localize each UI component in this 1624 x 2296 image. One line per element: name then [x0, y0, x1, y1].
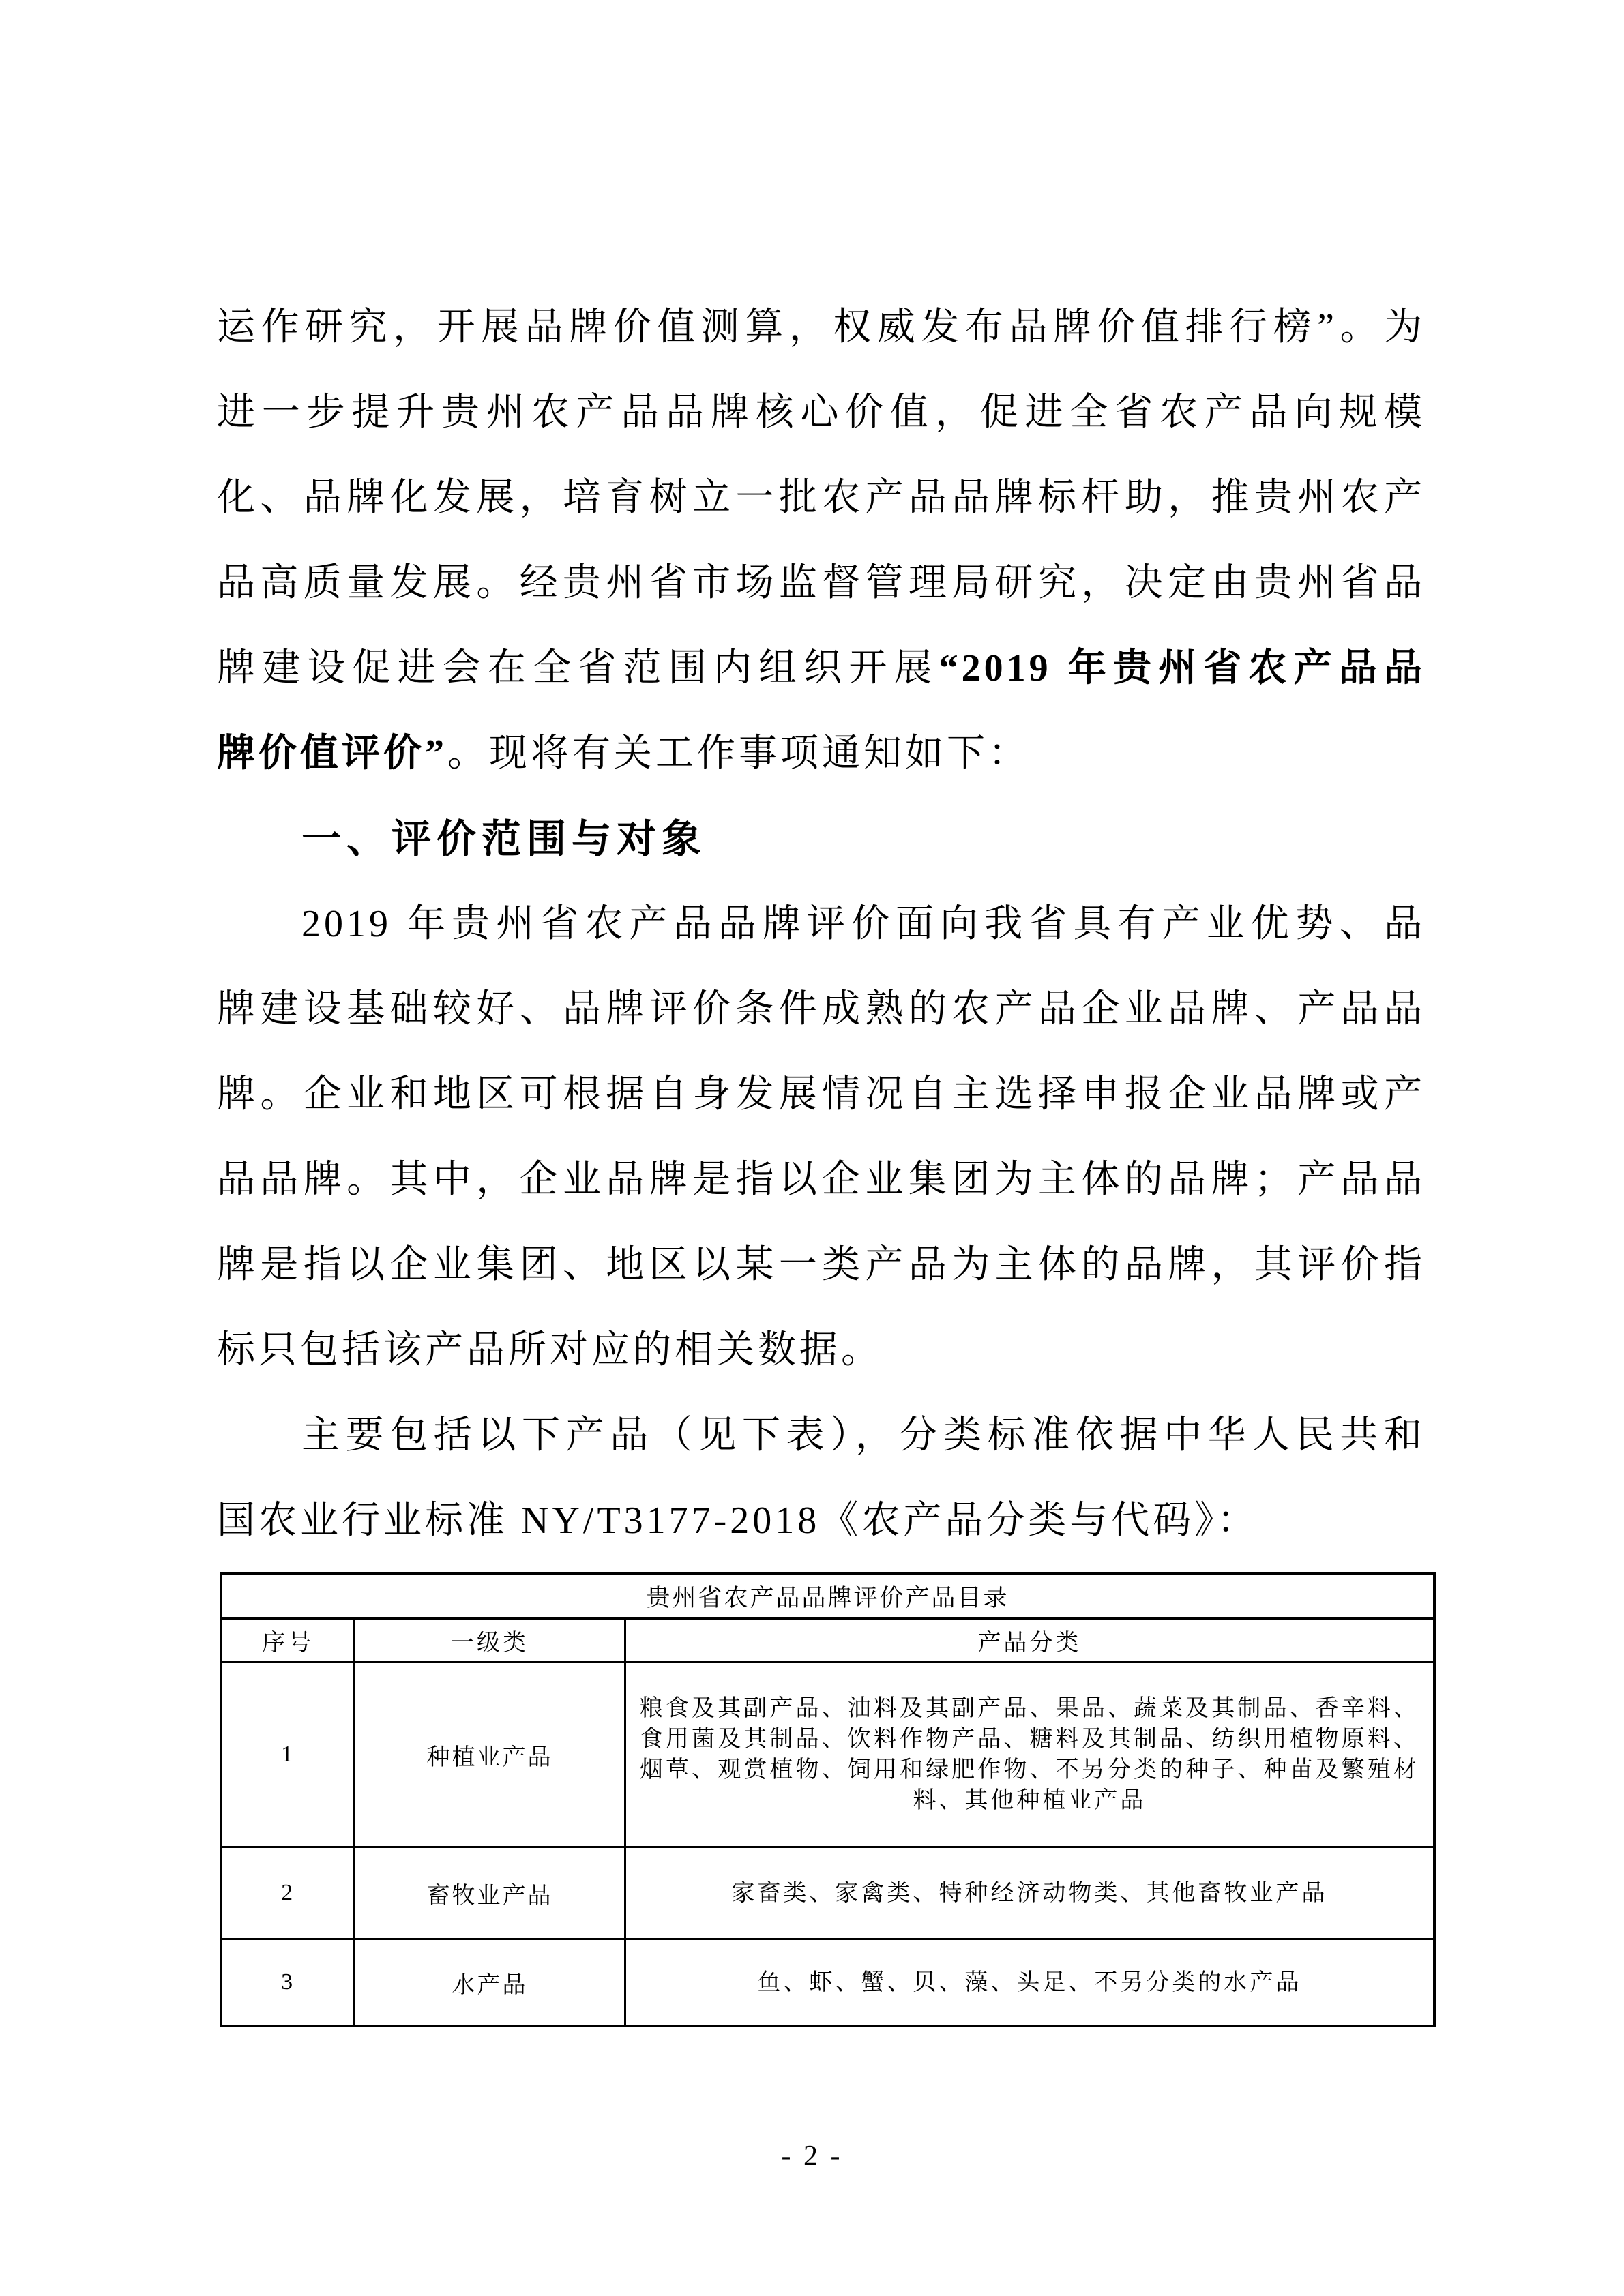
text-run: 牌是指以企业集团、地区以某一类产品为主体的品牌，其评价指	[217, 1244, 1426, 1286]
body-line: 进一步提升贵州农产品品牌核心价值，促进全省农产品向规模	[217, 370, 1426, 456]
body-line: 主要包括以下产品（见下表），分类标准依据中华人民共和	[217, 1393, 1426, 1478]
category-cell: 水产品	[355, 1939, 625, 2027]
document-body: 运作研究，开展品牌价值测算，权威发布品牌价值排行榜”。为进一步提升贵州农产品品牌…	[217, 285, 1426, 1564]
body-line: 牌价值评价”。现将有关工作事项通知如下：	[217, 711, 1426, 796]
row-number-cell: 2	[221, 1847, 355, 1939]
text-run: 品品牌。其中，企业品牌是指以企业集团为主体的品牌；产品品	[217, 1159, 1426, 1201]
text-run: 国农业行业标准 NY/T3177-2018《农产品分类与代码》：	[217, 1500, 1258, 1542]
product-catalog-table: 贵州省农产品品牌评价产品目录 序号 一级类 产品分类 1种植业产品粮食及其副产品…	[220, 1572, 1436, 2027]
row-number-cell: 1	[221, 1663, 355, 1847]
category-cell: 畜牧业产品	[355, 1847, 625, 1939]
text-run: 化、品牌化发展，培育树立一批农产品品牌标杆助，推贵州农产	[217, 477, 1426, 519]
products-cell: 家畜类、家禽类、特种经济动物类、其他畜牧业产品	[625, 1847, 1434, 1939]
body-line: 化、品牌化发展，培育树立一批农产品品牌标杆助，推贵州农产	[217, 456, 1426, 541]
products-cell: 粮食及其副产品、油料及其副产品、果品、蔬菜及其制品、香辛料、食用菌及其制品、饮料…	[625, 1663, 1434, 1847]
page-number: - 2 -	[0, 2140, 1624, 2173]
text-run: 牌。企业和地区可根据自身发展情况自主选择申报企业品牌或产	[217, 1073, 1426, 1116]
text-run: 。现将有关工作事项通知如下：	[447, 732, 1030, 775]
document-page: 运作研究，开展品牌价值测算，权威发布品牌价值排行榜”。为进一步提升贵州农产品品牌…	[0, 0, 1624, 2296]
table-row: 3水产品鱼、虾、蟹、贝、藻、头足、不另分类的水产品	[221, 1939, 1434, 2027]
row-number-cell: 3	[221, 1939, 355, 2027]
text-run: 2019 年贵州省农产品品牌评价面向我省具有产业优势、品	[301, 903, 1426, 945]
text-run: 运作研究，开展品牌价值测算，权威发布品牌价值排行榜”。为	[217, 306, 1426, 348]
text-run: 标只包括该产品所对应的相关数据。	[217, 1329, 883, 1371]
bold-text-run: 牌价值评价”	[217, 732, 447, 775]
table-title: 贵州省农产品品牌评价产品目录	[221, 1573, 1434, 1619]
body-line: 牌是指以企业集团、地区以某一类产品为主体的品牌，其评价指	[217, 1223, 1426, 1308]
text-run: 牌建设促进会在全省范围内组织开展	[217, 647, 939, 689]
column-header-category: 一级类	[355, 1619, 625, 1663]
section-heading: 一、评价范围与对象	[217, 796, 1426, 882]
body-line: 国农业行业标准 NY/T3177-2018《农产品分类与代码》：	[217, 1478, 1426, 1564]
column-header-no: 序号	[221, 1619, 355, 1663]
text-run: 一、评价范围与对象	[301, 817, 707, 861]
body-line: 品高质量发展。经贵州省市场监督管理局研究，决定由贵州省品	[217, 541, 1426, 626]
text-run: 进一步提升贵州农产品品牌核心价值，促进全省农产品向规模	[217, 391, 1426, 434]
bold-text-run: “2019 年贵州省农产品品	[939, 647, 1426, 689]
column-header-products: 产品分类	[625, 1619, 1434, 1663]
table-title-row: 贵州省农产品品牌评价产品目录	[221, 1573, 1434, 1619]
body-line: 标只包括该产品所对应的相关数据。	[217, 1308, 1426, 1393]
text-run: 牌建设基础较好、品牌评价条件成熟的农产品企业品牌、产品品	[217, 988, 1426, 1030]
text-run: 品高质量发展。经贵州省市场监督管理局研究，决定由贵州省品	[217, 562, 1426, 604]
text-run: 主要包括以下产品（见下表），分类标准依据中华人民共和	[301, 1414, 1426, 1457]
body-line: 运作研究，开展品牌价值测算，权威发布品牌价值排行榜”。为	[217, 285, 1426, 370]
table-row: 2畜牧业产品家畜类、家禽类、特种经济动物类、其他畜牧业产品	[221, 1847, 1434, 1939]
body-line: 牌建设促进会在全省范围内组织开展“2019 年贵州省农产品品	[217, 626, 1426, 711]
table-header-row: 序号 一级类 产品分类	[221, 1619, 1434, 1663]
body-line: 牌。企业和地区可根据自身发展情况自主选择申报企业品牌或产	[217, 1052, 1426, 1137]
body-line: 牌建设基础较好、品牌评价条件成熟的农产品企业品牌、产品品	[217, 967, 1426, 1052]
body-line: 品品牌。其中，企业品牌是指以企业集团为主体的品牌；产品品	[217, 1137, 1426, 1223]
body-line: 2019 年贵州省农产品品牌评价面向我省具有产业优势、品	[217, 882, 1426, 967]
products-cell: 鱼、虾、蟹、贝、藻、头足、不另分类的水产品	[625, 1939, 1434, 2027]
table-row: 1种植业产品粮食及其副产品、油料及其副产品、果品、蔬菜及其制品、香辛料、食用菌及…	[221, 1663, 1434, 1847]
category-cell: 种植业产品	[355, 1663, 625, 1847]
